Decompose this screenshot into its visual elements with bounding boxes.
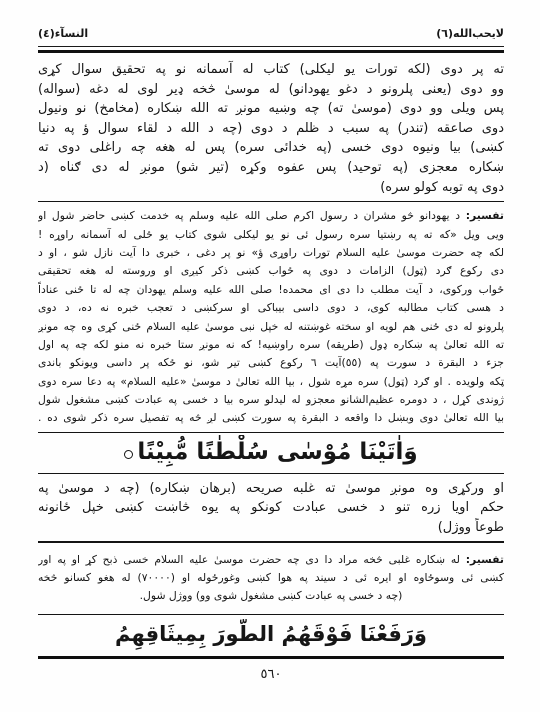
text-line: او ورکړی وه مونږ موسىٰ ته غلبه صريحه (بر… <box>38 479 504 499</box>
section-divider <box>38 541 504 543</box>
text-line: ويی ويل «که ته په رښتيا سره رسول ئی نو ي… <box>38 226 504 244</box>
text-line: د هسی کتاب مطالبه کوی، د دوی داسی بيباکی… <box>38 299 504 317</box>
section-divider <box>38 432 504 433</box>
tafsir-line-text: له ښکاره غلبی څخه مراد دا دی چه حضرت موس… <box>38 553 460 566</box>
text-line: کښی ئی وسوځاوه او ايره ئی د سيند په هوا … <box>38 569 504 587</box>
text-line: دی رکوع ګرد (ټول) الزامات د دوی په ځواب … <box>38 262 504 280</box>
text-line: دوی په توبه کولو سره) <box>38 178 504 198</box>
text-line: ژوندی کړل ، د دومره عظيم‌الشانو معجزو له… <box>38 391 504 409</box>
section-divider <box>38 201 504 202</box>
text-line: بيا الله تعالىٰ دوی وبښل دا واقعه د البق… <box>38 409 504 427</box>
text-line: ښکاره معجزی (په توحيد) پس عفوه وکړه (تير… <box>38 158 504 178</box>
text-line: جزء د البقرة د سورت په (٥٥)آيت ٦ رکوع کښ… <box>38 354 504 372</box>
book-page: لايحب‌الله(٦) النسآء(٤) ته پر دوی (لکه ت… <box>0 0 540 712</box>
quran-verse-2: وَرَفَعْنَا فَوْقَهُمُ الطُّورَ بِمِيثَا… <box>38 619 504 650</box>
text-line: حکم اويا زره تنو د خسی عبادت کونکو په يو… <box>38 498 504 518</box>
text-line: پلرونو له دی ځنی هم لويه او سخته غوښتنه … <box>38 318 504 336</box>
verse-text: وَرَفَعْنَا فَوْقَهُمُ الطُّورَ بِمِيثَا… <box>115 622 427 646</box>
text-line: پس ويلی وو دوی (موسىٰ ته) چه وښيه مونږ ت… <box>38 99 504 119</box>
ayah-end-mark-icon <box>124 450 133 459</box>
text-line: کښی) بيا ونيوه دوی خسی (په خدائی سره) پس… <box>38 138 504 158</box>
text-line: طوعاً ووژل) <box>38 518 504 538</box>
header-surah-label: النسآء(٤) <box>38 26 88 41</box>
section-divider <box>38 614 504 615</box>
text-line: وو دوی (يعنی پلرونو د دغو يهودانو) له مو… <box>38 80 504 100</box>
verse-translation-block-1: ته پر دوی (لکه تورات يو ليکلی) کتاب له آ… <box>38 60 504 197</box>
tafsir-label: تفسير: <box>466 553 504 566</box>
page-number: ٥٦٠ <box>38 667 504 683</box>
text-line: ته الله تعالىٰ په ښکاره ډول (طريقه) سره … <box>38 336 504 354</box>
text-line: ته پر دوی (لکه تورات يو ليکلی) کتاب له آ… <box>38 60 504 80</box>
tafsir-section-1: تفسير: د يهودانو څو مشران د رسول اکرم صل… <box>38 207 504 428</box>
text-line: تفسير: له ښکاره غلبی څخه مراد دا دی چه ح… <box>38 551 504 569</box>
text-line: لکه چه حضرت موسىٰ عليه السلام تورات راوړ… <box>38 244 504 262</box>
header-juz-label: لايحب‌الله(٦) <box>436 26 504 41</box>
text-line: ځواب ورکوی، د آيت مطلب دا دی ای محمده! ص… <box>38 281 504 299</box>
text-line: (چه د خسی په عبادت کښی مشغول شوی وو) ووژ… <box>38 587 504 605</box>
verse-text: وَاٰتَيْنَا مُوْسٰى سُلْطٰنًا مُّبِيْنًا <box>137 439 417 465</box>
tafsir-section-2: تفسير: له ښکاره غلبی څخه مراد دا دی چه ح… <box>38 551 504 606</box>
footer-divider <box>38 656 504 659</box>
header-divider <box>38 46 504 53</box>
text-line: تفسير: د يهودانو څو مشران د رسول اکرم صل… <box>38 207 504 225</box>
text-line: ټکه ولويده . او ګرد (ټول) سره مړه شول ، … <box>38 373 504 391</box>
quran-verse-1: وَاٰتَيْنَا مُوْسٰى سُلْطٰنًا مُّبِيْنًا <box>38 435 504 469</box>
text-line: دوی صاعقه (تندر) په سبب د ظلم د دوی (چه … <box>38 119 504 139</box>
tafsir-line-text: د يهودانو څو مشران د رسول اکرم صلی الله … <box>38 209 460 222</box>
section-divider <box>38 473 504 474</box>
page-header: لايحب‌الله(٦) النسآء(٤) <box>38 26 504 41</box>
tafsir-label: تفسير: <box>466 209 504 222</box>
verse-translation-block-2: او ورکړی وه مونږ موسىٰ ته غلبه صريحه (بر… <box>38 479 504 538</box>
